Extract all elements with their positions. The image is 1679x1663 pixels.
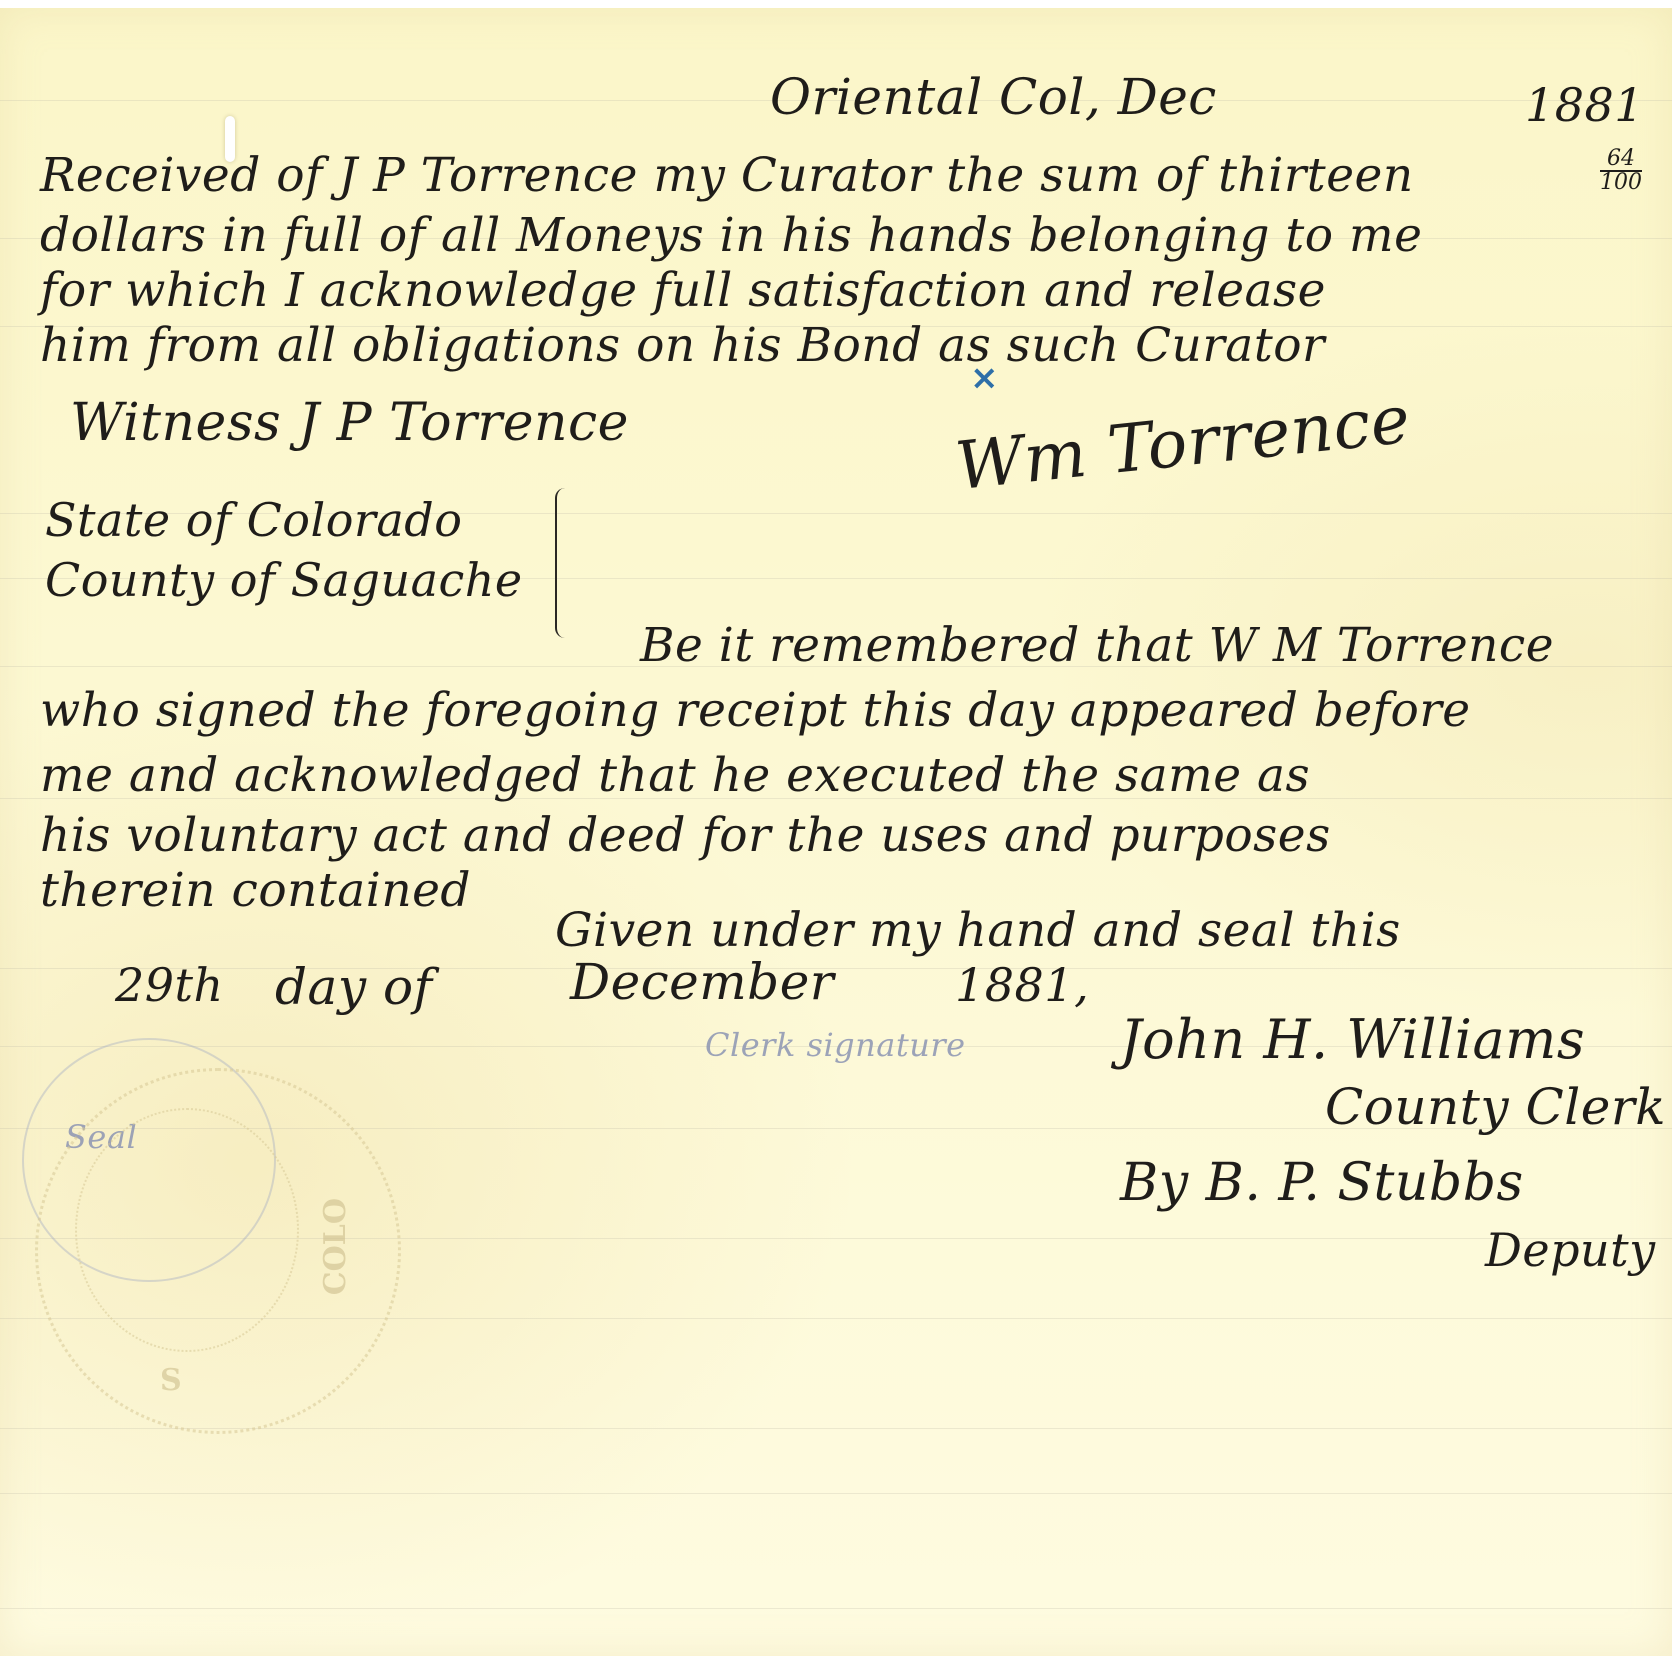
ack-line-1: Be it remembered that W M Torrence — [640, 618, 1554, 673]
ack-line-5: therein contained — [40, 863, 471, 918]
date-year: 1881, — [955, 958, 1089, 1012]
fraction-numerator: 64 — [1600, 148, 1642, 172]
header-year: 1881 — [1525, 78, 1644, 132]
seal-text-s: S — [160, 1363, 182, 1398]
venue-county: County of Saguache — [45, 553, 523, 607]
ruled-line — [0, 968, 1672, 969]
deputy-title: Deputy — [1485, 1223, 1656, 1277]
venue-brace — [555, 488, 571, 638]
ruled-line — [0, 1493, 1672, 1494]
fraction-denominator: 100 — [1600, 170, 1642, 195]
principal-signature: Wm Torrence — [952, 381, 1414, 505]
witness-line: Witness J P Torrence — [70, 393, 629, 453]
ack-line-4: his voluntary act and deed for the uses … — [40, 808, 1331, 863]
header-place: Oriental Col, Dec — [770, 68, 1217, 126]
clerk-title: County Clerk — [1325, 1078, 1666, 1136]
ack-line-2: who signed the foregoing receipt this da… — [40, 683, 1471, 738]
receipt-line-3: for which I acknowledge full satisfactio… — [40, 263, 1326, 318]
signature-mark-x: × — [970, 358, 999, 398]
clerk-name: John H. Williams — [1120, 1008, 1585, 1071]
pencil-note-clerk-signature: Clerk signature — [705, 1026, 966, 1064]
ack-line-3: me and acknowledged that he executed the… — [40, 748, 1310, 803]
date-month: December — [570, 953, 834, 1011]
venue-state: State of Colorado — [45, 493, 462, 547]
receipt-line-1: Received of J P Torrence my Curator the … — [40, 148, 1414, 203]
seal-text-colo: COLO — [318, 1198, 353, 1295]
receipt-line-2: dollars in full of all Moneys in his han… — [40, 208, 1422, 263]
receipt-line-4: him from all obligations on his Bond as … — [40, 318, 1325, 373]
given-line: Given under my hand and seal this — [555, 903, 1401, 958]
date-day-of: day of — [275, 958, 433, 1016]
document-page: Oriental Col, Dec 1881 Received of J P T… — [0, 8, 1672, 1656]
ruled-line — [0, 1608, 1672, 1609]
date-day: 29th — [115, 958, 224, 1012]
embossed-seal-inner — [75, 1108, 299, 1352]
amount-fraction: 64 100 — [1600, 148, 1642, 194]
deputy-by-line: By B. P. Stubbs — [1120, 1153, 1524, 1213]
